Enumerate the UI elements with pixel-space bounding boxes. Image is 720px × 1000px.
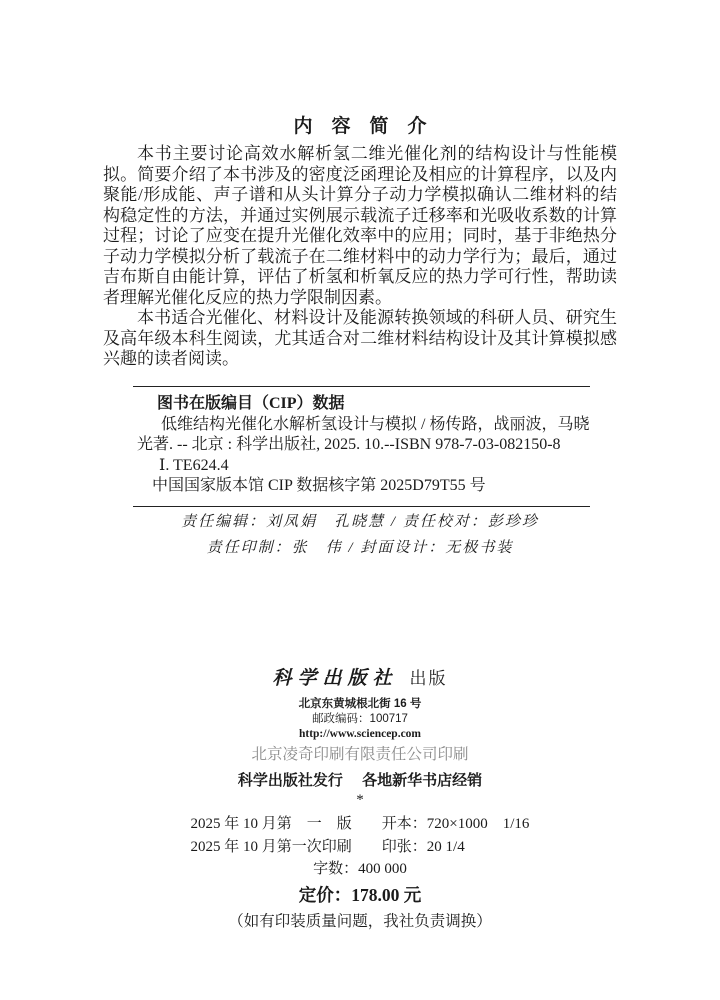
editorial-credits: 责任编辑：刘凤娟 孔晓慧 / 责任校对：彭珍珍 责任印制：张 伟 / 封面设计：… — [0, 509, 720, 561]
publisher-postcode: 邮政编码：100717 — [0, 712, 720, 727]
cip-classification-line: Ⅰ. TE624.4 — [133, 456, 590, 477]
publisher-website: http://www.sciencep.com — [0, 727, 720, 742]
cip-record-number-line: 中国国家版本馆 CIP 数据核字第 2025D79T55 号 — [133, 476, 590, 497]
separator-asterisk: * — [0, 793, 720, 808]
printing-line: 2025 年 10 月第一次印刷 印张：20 1/4 — [191, 836, 530, 859]
content-summary-title: 内 容 简 介 — [103, 111, 617, 138]
distribution-line: 科学出版社发行 各地新华书店经销 — [0, 771, 720, 790]
copyright-page: 内 容 简 介 本书主要讨论高效水解析氢二维光催化剂的结构设计与性能模拟。简要介… — [0, 0, 720, 1000]
summary-paragraph-1: 本书主要讨论高效水解析氢二维光催化剂的结构设计与性能模拟。简要介绍了本书涉及的密… — [103, 144, 617, 308]
publish-suffix: 出版 — [410, 669, 448, 688]
summary-paragraph-2: 本书适合光催化、材料设计及能源转换领域的科研人员、研究生及高年级本科生阅读，尤其… — [103, 308, 617, 370]
content-summary: 本书主要讨论高效水解析氢二维光催化剂的结构设计与性能模拟。简要介绍了本书涉及的密… — [103, 144, 617, 370]
publisher-address: 北京东黄城根北街 16 号 — [0, 697, 720, 712]
edition-line: 2025 年 10 月第 一 版 开本：720×1000 1/16 — [191, 813, 530, 836]
edition-details: 2025 年 10 月第 一 版 开本：720×1000 1/16 2025 年… — [191, 813, 530, 858]
cip-heading: 图书在版编目（CIP）数据 — [133, 394, 590, 415]
printer-line: 北京凌奇印刷有限责任公司印刷 — [0, 745, 720, 764]
cip-title-authors-line: 低维结构光催化水解析氢设计与模拟 / 杨传路，战丽波，马晓 — [133, 415, 590, 436]
word-count: 字数：400 000 — [0, 858, 720, 880]
colophon: 科学出版社 出版 北京东黄城根北街 16 号 邮政编码：100717 http:… — [0, 666, 720, 932]
publisher-line: 科学出版社 出版 — [0, 666, 720, 692]
publisher-logo: 科学出版社 — [272, 668, 397, 689]
cip-publisher-isbn-line: 光著. -- 北京 : 科学出版社, 2025. 10.--ISBN 978-7… — [133, 435, 590, 456]
credits-print-design-line: 责任印制：张 伟 / 封面设计：无极书装 — [0, 535, 720, 561]
quality-notice: （如有印装质量问题，我社负责调换） — [0, 912, 720, 932]
price: 定价：178.00 元 — [0, 883, 720, 907]
credits-editors-line: 责任编辑：刘凤娟 孔晓慧 / 责任校对：彭珍珍 — [0, 509, 720, 535]
cip-data-block: 图书在版编目（CIP）数据 低维结构光催化水解析氢设计与模拟 / 杨传路，战丽波… — [133, 386, 590, 507]
